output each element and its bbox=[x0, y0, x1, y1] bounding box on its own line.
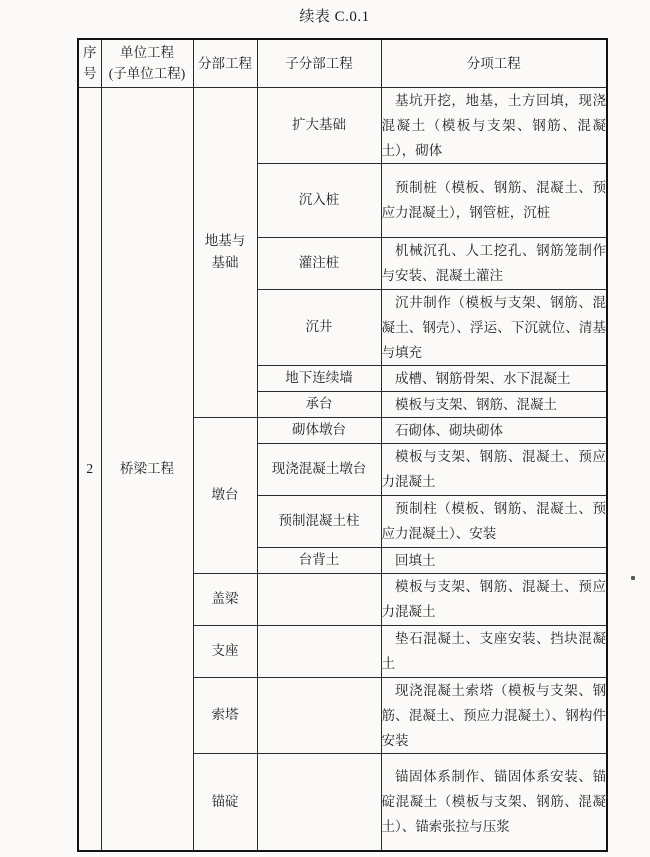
subdivision-cell-empty bbox=[257, 677, 381, 753]
item-cell: 石砌体、砌块砌体 bbox=[381, 417, 607, 443]
table-row: 2 桥梁工程 地基与 基础 扩大基础 基坑开挖，地基，土方回填，现浇混凝土（模板… bbox=[78, 87, 607, 163]
item-cell: 预制桩（模板、钢筋、混凝土、预应力混凝土），钢管桩，沉桩 bbox=[381, 163, 607, 237]
table-caption: 续表 C.0.1 bbox=[70, 5, 599, 26]
division-cell-cap-beam: 盖梁 bbox=[193, 573, 257, 625]
subdivision-cell: 扩大基础 bbox=[257, 87, 381, 163]
header-serial-number: 序 号 bbox=[78, 39, 101, 87]
division-cell-anchorage: 锚碇 bbox=[193, 753, 257, 851]
item-cell: 模板与支架、钢筋、混凝土 bbox=[381, 391, 607, 417]
subdivision-cell: 灌注桩 bbox=[257, 237, 381, 289]
classification-table: 序 号 单位工程 (子单位工程) 分部工程 子分部工程 分项工程 2 桥梁工程 … bbox=[77, 38, 608, 852]
item-cell: 现浇混凝土索塔（模板与支架、钢筋、混凝土、预应力混凝土）、钢构件安装 bbox=[381, 677, 607, 753]
serial-number-cell: 2 bbox=[78, 87, 101, 851]
subdivision-cell: 预制混凝土柱 bbox=[257, 495, 381, 547]
item-cell: 预制柱（模板、钢筋、混凝土、预应力混凝土）、安装 bbox=[381, 495, 607, 547]
item-cell: 沉井制作（模板与支架、钢筋、混凝土、钢壳）、浮运、下沉就位、清基与填充 bbox=[381, 289, 607, 365]
unit-project-cell: 桥梁工程 bbox=[101, 87, 193, 851]
header-subdivision-project: 子分部工程 bbox=[257, 39, 381, 87]
subdivision-cell: 台背土 bbox=[257, 547, 381, 573]
item-cell: 模板与支架、钢筋、混凝土、预应力混凝土 bbox=[381, 443, 607, 495]
subdivision-cell-empty bbox=[257, 573, 381, 625]
subdivision-cell: 承台 bbox=[257, 391, 381, 417]
header-row: 序 号 单位工程 (子单位工程) 分部工程 子分部工程 分项工程 bbox=[78, 39, 607, 87]
subdivision-cell: 沉井 bbox=[257, 289, 381, 365]
item-cell: 模板与支架、钢筋、混凝土、预应力混凝土 bbox=[381, 573, 607, 625]
item-cell: 成槽、钢筋骨架、水下混凝土 bbox=[381, 365, 607, 391]
item-cell: 锚固体系制作、锚固体系安装、锚碇混凝土（模板与支架、钢筋、混凝土）、锚索张拉与压… bbox=[381, 753, 607, 851]
subdivision-cell-empty bbox=[257, 625, 381, 677]
item-cell: 回填土 bbox=[381, 547, 607, 573]
subdivision-cell: 砌体墩台 bbox=[257, 417, 381, 443]
division-cell-pier: 墩台 bbox=[193, 417, 257, 573]
division-cell-bearing: 支座 bbox=[193, 625, 257, 677]
item-cell: 基坑开挖，地基，土方回填，现浇混凝土（模板与支架、钢筋、混凝土），砌体 bbox=[381, 87, 607, 163]
header-unit-project: 单位工程 (子单位工程) bbox=[101, 39, 193, 87]
subdivision-cell: 沉入桩 bbox=[257, 163, 381, 237]
subdivision-cell: 地下连续墙 bbox=[257, 365, 381, 391]
stray-ink-dot bbox=[631, 576, 635, 580]
header-division-project: 分部工程 bbox=[193, 39, 257, 87]
header-item-project: 分项工程 bbox=[381, 39, 607, 87]
division-cell-foundation: 地基与 基础 bbox=[193, 87, 257, 417]
item-cell: 垫石混凝土、支座安装、挡块混凝土 bbox=[381, 625, 607, 677]
subdivision-cell-empty bbox=[257, 753, 381, 851]
item-cell: 机械沉孔、人工挖孔、钢筋笼制作与安装、混凝土灌注 bbox=[381, 237, 607, 289]
division-cell-pylon: 索塔 bbox=[193, 677, 257, 753]
document-page: 续表 C.0.1 序 号 单位工程 (子单位工程) 分部工程 子分部工程 分项工… bbox=[0, 0, 650, 857]
subdivision-cell: 现浇混凝土墩台 bbox=[257, 443, 381, 495]
